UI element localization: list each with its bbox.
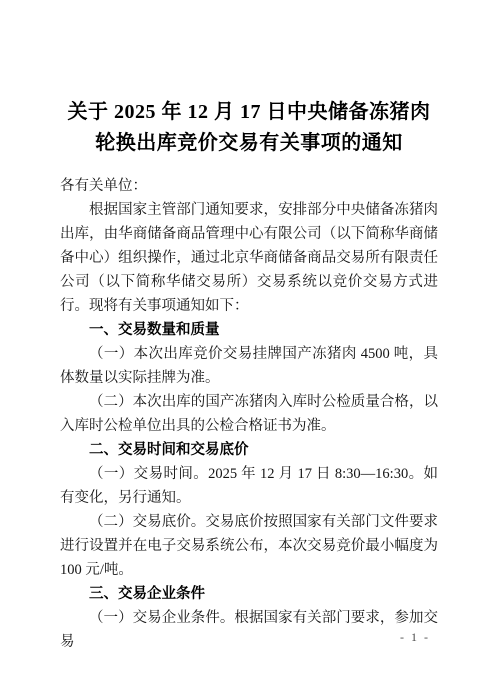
section-1-clause-1: （一）本次出库竞价交易挂牌国产冻猪肉 4500 吨，具体数量以实际挂牌为准。 (60, 342, 438, 390)
section-3-heading: 三、交易企业条件 (60, 582, 438, 606)
section-2-clause-2: （二）交易底价。交易底价按照国家有关部门文件要求进行设置并在电子交易系统公布，本… (60, 510, 438, 582)
notice-body: 各有关单位： 根据国家主管部门通知要求，安排部分中央储备冻猪肉出库，由华商储备商… (60, 174, 438, 654)
section-2-clause-1: （一）交易时间。2025 年 12 月 17 日 8:30—16:30。如有变化… (60, 462, 438, 510)
notice-title-line-1: 关于 2025 年 12 月 17 日中央储备冻猪肉 (68, 101, 431, 123)
salutation: 各有关单位： (60, 174, 438, 198)
section-1-heading: 一、交易数量和质量 (60, 318, 438, 342)
page-number: - 1 - (400, 630, 430, 645)
notice-title: 关于 2025 年 12 月 17 日中央储备冻猪肉 轮换出库竞价交易有关事项的… (60, 97, 438, 159)
intro-paragraph: 根据国家主管部门通知要求，安排部分中央储备冻猪肉出库，由华商储备商品管理中心有限… (60, 198, 438, 318)
section-1-clause-2: （二）本次出库的国产冻猪肉入库时公检质量合格，以入库时公检单位出具的公检合格证书… (60, 390, 438, 438)
section-2-heading: 二、交易时间和交易底价 (60, 438, 438, 462)
section-3-clause-1: （一）交易企业条件。根据国家有关部门要求，参加交易 (60, 606, 438, 654)
notice-title-line-2: 轮换出库竞价交易有关事项的通知 (95, 132, 403, 154)
notice-page: 关于 2025 年 12 月 17 日中央储备冻猪肉 轮换出库竞价交易有关事项的… (0, 0, 494, 700)
